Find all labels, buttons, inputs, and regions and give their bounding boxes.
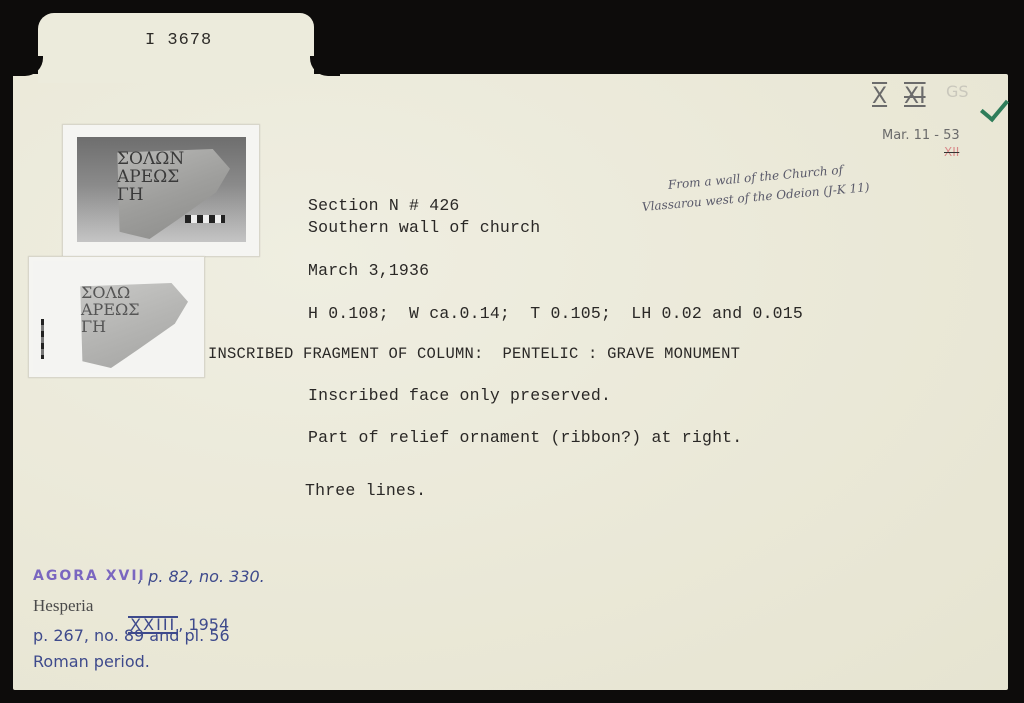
object-title: INSCRIBED FRAGMENT OF COLUMN: PENTELIC :… [208, 345, 740, 363]
scale-bar [185, 215, 225, 223]
hesperia-pages: p. 267, no. 89 and pl. 56 [33, 626, 230, 645]
preservation-line: Inscribed face only preserved. [308, 386, 611, 405]
dimensions-line: H 0.108; W ca.0.14; T 0.105; LH 0.02 and… [308, 304, 803, 323]
location-line: Southern wall of church [308, 218, 540, 237]
inventory-number: I 3678 [145, 31, 212, 50]
ornament-line: Part of relief ornament (ribbon?) at rig… [308, 428, 742, 447]
inscription-glyphs: ΣΟΛΩΝ ΑΡΕΩΣ ΓΗ [117, 151, 184, 205]
agora-reference: , p. 82, no. 330. [138, 567, 265, 586]
roman-numeral-xi: XI [904, 84, 926, 109]
period-note: Roman period. [33, 652, 150, 671]
date-line: March 3,1936 [308, 261, 429, 280]
fragment-photo-secondary: ΣΟΛΩ ΑΡΕΩΣ ΓΗ [28, 256, 205, 378]
pencil-date: Mar. 11 - 53 [882, 128, 960, 143]
section-line: Section N # 426 [308, 196, 460, 215]
red-struck-numeral: XII [944, 145, 959, 159]
inscription-glyphs: ΣΟΛΩ ΑΡΕΩΣ ΓΗ [81, 285, 140, 335]
lines-count: Three lines. [305, 481, 426, 500]
agora-stamp: AGORA XVII [33, 568, 146, 584]
scale-bar-vertical [41, 319, 44, 359]
roman-numeral-x: X [872, 84, 887, 109]
faint-initials: GS [946, 82, 969, 101]
hesperia-label: Hesperia [33, 596, 93, 616]
tab-fillet-right [310, 56, 340, 76]
fragment-photo-main: ΣΟΛΩΝ ΑΡΕΩΣ ΓΗ [62, 124, 260, 257]
